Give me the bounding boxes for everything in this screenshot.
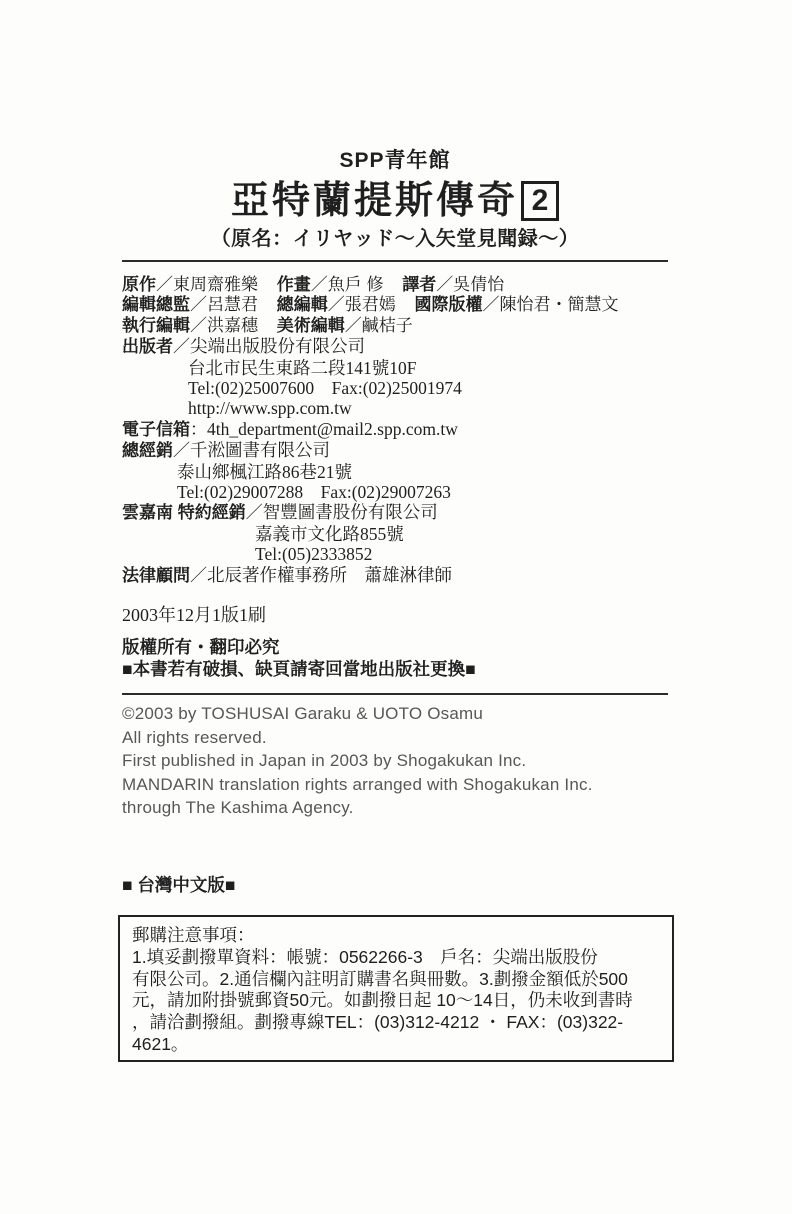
credit-label: 法律顧問 <box>122 566 190 585</box>
volume-badge: 2 <box>521 181 559 221</box>
credit-separator: ／ <box>482 295 499 314</box>
divider-top <box>122 260 668 262</box>
publisher-address: 台北市民生東路二段141號10F <box>122 358 682 378</box>
credit-separator: ： <box>190 420 207 439</box>
credit-international-rights: 國際版權／陳怡君・簡慧文 <box>414 295 618 314</box>
credit-editorial-director: 編輯總監／呂慧君 <box>122 295 258 314</box>
credit-label: 譯者 <box>402 275 436 294</box>
credit-art-editor: 美術編輯／鹹桔子 <box>277 316 413 335</box>
credit-label: 電子信箱 <box>122 420 190 439</box>
title-block: SPP青年館 亞特蘭提斯傳奇2 （原名：イリヤッド～入矢堂見聞録～） <box>122 148 668 252</box>
credit-value: 魚戶 修 <box>328 275 384 294</box>
regional-distributor-name: 智豐圖書股份有限公司 <box>263 502 438 522</box>
distributor-name: 千淞圖書有限公司 <box>190 440 330 460</box>
credit-label: 美術編輯 <box>277 316 345 335</box>
credit-separator: ／ <box>173 337 190 356</box>
mail-order-line: 有限公司。2.通信欄內註明訂購書名與冊數。3.劃撥金額低於500 <box>132 969 662 991</box>
english-copyright-line: ©2003 by TOSHUSAI Garaku & UOTO Osamu <box>122 702 593 726</box>
mail-order-line: ，請洽劃撥組。劃撥專線TEL：(03)312-4212 ・ FAX：(03)32… <box>132 1012 662 1034</box>
regional-distributor-phone: Tel:(05)2333852 <box>122 544 682 564</box>
mail-order-box: 郵購注意事項： 1.填妥劃撥單資料：帳號：0562266-3 戶名：尖端出版股份… <box>118 915 674 1062</box>
regional-distributor-address: 嘉義市文化路855號 <box>122 524 682 544</box>
mail-order-title: 郵購注意事項： <box>132 925 662 947</box>
publisher-url: http://www.spp.com.tw <box>122 398 682 418</box>
credits-section: 原作／東周齋雅樂 作畫／魚戶 修 譯者／吳倩怡 編輯總監／呂慧君 總編輯／張君嫣… <box>122 275 682 586</box>
credit-label: 總編輯 <box>277 295 328 314</box>
credit-value: 陳怡君・簡慧文 <box>499 295 618 314</box>
english-copyright-line: First published in Japan in 2003 by Shog… <box>122 749 593 773</box>
email-line: 電子信箱：4th_department@mail2.spp.com.tw <box>122 419 682 440</box>
english-copyright-line: through The Kashima Agency. <box>122 796 593 820</box>
credit-separator: ／ <box>190 566 207 585</box>
rights-notice: 版權所有・翻印必究 ■本書若有破損、缺頁請寄回當地出版社更換■ <box>122 636 476 680</box>
email-address: 4th_department@mail2.spp.com.tw <box>207 419 458 439</box>
credit-translator: 譯者／吳倩怡 <box>402 275 504 294</box>
credit-value: 東周齋雅樂 <box>173 275 258 294</box>
credit-line-editors: 編輯總監／呂慧君 總編輯／張君嫣 國際版權／陳怡君・簡慧文 <box>122 295 682 315</box>
credit-value: 鹹桔子 <box>362 316 413 335</box>
credit-executive-editor: 執行編輯／洪嘉穗 <box>122 316 258 335</box>
imprint-label: SPP青年館 <box>122 148 668 174</box>
original-title: （原名：イリヤッド～入矢堂見聞録～） <box>122 226 668 252</box>
publisher-phone: Tel:(02)25007600 Fax:(02)25001974 <box>122 378 682 398</box>
divider-bottom <box>122 693 668 695</box>
credit-value: 吳倩怡 <box>453 275 504 294</box>
mail-order-line: 4621。 <box>132 1034 662 1056</box>
mail-order-line: 1.填妥劃撥單資料：帳號：0562266-3 戶名：尖端出版股份 <box>132 947 662 969</box>
book-title-text: 亞特蘭提斯傳奇 <box>231 180 518 222</box>
credit-value: 呂慧君 <box>207 295 258 314</box>
distributor-phone: Tel:(02)29007288 Fax:(02)29007263 <box>122 482 682 502</box>
credit-separator: ／ <box>311 275 328 294</box>
credit-label: 作畫 <box>277 275 311 294</box>
rights-line-1: 版權所有・翻印必究 <box>122 636 476 658</box>
credit-separator: ／ <box>345 316 362 335</box>
english-copyright-line: MANDARIN translation rights arranged wit… <box>122 773 593 797</box>
credit-line-exec: 執行編輯／洪嘉穗 美術編輯／鹹桔子 <box>122 316 682 336</box>
rights-line-2: ■本書若有破損、缺頁請寄回當地出版社更換■ <box>122 658 476 680</box>
credit-value: 洪嘉穗 <box>207 316 258 335</box>
edition-line: 2003年12月1版1刷 <box>122 601 266 627</box>
colophon-page: SPP青年館 亞特蘭提斯傳奇2 （原名：イリヤッド～入矢堂見聞録～） 原作／東周… <box>0 0 792 1214</box>
credit-line-authors: 原作／東周齋雅樂 作畫／魚戶 修 譯者／吳倩怡 <box>122 275 682 295</box>
english-copyright: ©2003 by TOSHUSAI Garaku & UOTO Osamu Al… <box>122 702 593 820</box>
regional-distributor-line: 雲嘉南 特約經銷／智豐圖書股份有限公司 <box>122 502 682 523</box>
legal-advisor-name: 北辰著作權事務所 蕭雄淋律師 <box>207 565 452 585</box>
credit-label: 總經銷 <box>122 441 173 460</box>
credit-separator: ／ <box>190 295 207 314</box>
distributor-address: 泰山鄉楓江路86巷21號 <box>122 462 682 482</box>
credit-separator: ／ <box>156 275 173 294</box>
publisher-line: 出版者／尖端出版股份有限公司 <box>122 336 682 357</box>
publisher-name: 尖端出版股份有限公司 <box>190 336 365 356</box>
credit-separator: ／ <box>190 316 207 335</box>
mail-order-line: 元，請加附掛號郵資50元。如劃撥日起 10～14日，仍未收到書時 <box>132 990 662 1012</box>
credit-value: 張君嫣 <box>345 295 396 314</box>
credit-separator: ／ <box>436 275 453 294</box>
credit-label: 國際版權 <box>414 295 482 314</box>
credit-separator: ／ <box>246 503 263 522</box>
credit-label: 執行編輯 <box>122 316 190 335</box>
credit-label: 雲嘉南 特約經銷 <box>122 503 246 522</box>
legal-advisor-line: 法律顧問／北辰著作權事務所 蕭雄淋律師 <box>122 565 682 586</box>
english-copyright-line: All rights reserved. <box>122 726 593 750</box>
credit-separator: ／ <box>173 441 190 460</box>
credit-chief-editor: 總編輯／張君嫣 <box>277 295 396 314</box>
distributor-line: 總經銷／千淞圖書有限公司 <box>122 440 682 461</box>
credit-original-story: 原作／東周齋雅樂 <box>122 275 258 294</box>
credit-label: 原作 <box>122 275 156 294</box>
taiwan-edition-label: ■ 台灣中文版■ <box>122 872 236 897</box>
credit-label: 編輯總監 <box>122 295 190 314</box>
credit-separator: ／ <box>328 295 345 314</box>
book-title: 亞特蘭提斯傳奇2 <box>122 179 668 223</box>
credit-label: 出版者 <box>122 337 173 356</box>
credit-art: 作畫／魚戶 修 <box>277 275 384 294</box>
